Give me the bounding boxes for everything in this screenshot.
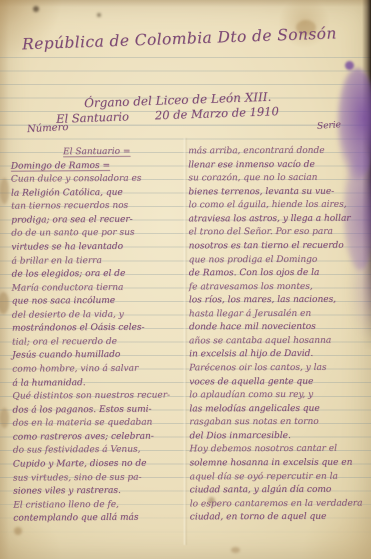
foxing-spot xyxy=(97,13,101,17)
foxing-spot xyxy=(0,408,9,428)
manuscript-line: Hoy debemos nosotros cantar el xyxy=(189,443,370,457)
manuscript-line: años se cantaba aquel hosanna xyxy=(189,334,370,348)
manuscript-line: nosotros es tan tierno el recuerdo xyxy=(189,240,370,254)
right-column-lines: más arriba, encontrará dondellenar ese i… xyxy=(188,145,371,526)
manuscript-line: Jesús cuando humillado xyxy=(12,349,184,364)
header-country-line: República de Colombia Dto de Sonsón xyxy=(22,25,327,54)
header-series-label: Serie xyxy=(317,120,342,132)
foxing-spot xyxy=(231,547,240,553)
manuscript-line: el trono del Señor. Por eso para xyxy=(189,226,370,240)
left-column: El Santuario = Domingo de Ramos = Cuan d… xyxy=(11,145,186,526)
manuscript-line: como hombre, vino á salvar xyxy=(12,362,184,377)
manuscript-line: dos en la materia se quedaban xyxy=(13,417,185,432)
header-date: 20 de Marzo de 1910 xyxy=(155,104,279,122)
manuscript-line: más arriba, encontrará donde xyxy=(188,145,369,159)
manuscript-line: do de un santo que por sus xyxy=(11,227,183,242)
column-subtitle: Domingo de Ramos = xyxy=(11,159,183,174)
manuscript-line: la Religión Católica, que xyxy=(11,186,183,201)
manuscript-line: ciudad, en torno de aquel que xyxy=(190,511,371,525)
manuscript-line: voces de aquella gente que xyxy=(189,375,370,389)
ink-stain-dot xyxy=(345,61,354,70)
manuscript-line: solemne hosanna in excelsis que en xyxy=(190,457,371,471)
manuscript-line: hasta llegar á Jerusalén en xyxy=(189,307,370,321)
manuscript-line: El cristiano lleno de fe, xyxy=(13,498,185,513)
manuscript-line: de los elegidos; ora el de xyxy=(12,267,184,282)
manuscript-line: los ríos, los mares, las naciones, xyxy=(189,294,370,308)
manuscript-line: do sus festividades á Venus, xyxy=(13,444,185,459)
column-title: El Santuario = xyxy=(11,145,183,160)
manuscript-line: lo espero cantaremos en la verdadera xyxy=(190,497,371,511)
left-column-lines: Cuan dulce y consoladora esla Religión C… xyxy=(11,173,185,527)
manuscript-line: fe atravesamos los montes, xyxy=(189,280,370,294)
manuscript-line: Cuan dulce y consoladora es xyxy=(11,173,183,188)
manuscript-line: atraviesa los astros, y llega a hollar xyxy=(188,212,369,226)
manuscript-line: que nos prodiga el Domingo xyxy=(189,253,370,267)
right-column: más arriba, encontrará dondellenar ese i… xyxy=(188,145,371,526)
manuscript-line: de Ramos. Con los ojos de la xyxy=(189,267,370,281)
manuscript-line: á brillar en la tierra xyxy=(11,254,183,269)
manuscript-line: aquel día se oyó repercutir en la xyxy=(190,470,371,484)
manuscript-line: donde hace mil novecientos xyxy=(189,321,370,335)
manuscript-line: bienes terrenos, levanta su vue- xyxy=(188,185,369,199)
manuscript-line: Parécenos oir los cantos, y las xyxy=(189,362,370,376)
foxing-spot xyxy=(0,178,9,204)
manuscript-line: prodiga; ora sea el recuer- xyxy=(11,213,183,228)
manuscript-line: que nos saca incólume xyxy=(12,295,184,310)
manuscript-line: como rastreros aves; celebran- xyxy=(13,430,185,445)
manuscript-line: Qué distintos son nuestros recuer- xyxy=(12,390,184,405)
manuscript-line: in excelsis al hijo de David. xyxy=(189,348,370,362)
manuscript-line: tan tiernos recuerdos nos xyxy=(11,200,183,215)
manuscript-line: su corazón, que no lo sacian xyxy=(188,172,369,186)
manuscript-line: María conductora tierna xyxy=(12,281,184,296)
manuscript-line: las melodías angelicales que xyxy=(189,402,370,416)
manuscript-line: ciudad santa, y algún día como xyxy=(190,484,371,498)
manuscript-line: dos á los paganos. Estos sumi- xyxy=(12,403,184,418)
manuscript-line: rasgaban sus notas en torno xyxy=(189,416,370,430)
manuscript-line: á la humanidad. xyxy=(12,376,184,391)
manuscript-page: República de Colombia Dto de Sonsón Órga… xyxy=(0,0,371,559)
manuscript-line: lo como el águila, hiende los aires, xyxy=(188,199,369,213)
manuscript-line: contemplando que allá más xyxy=(13,512,185,527)
manuscript-line: lo aplaudían como su rey, y xyxy=(189,389,370,403)
manuscript-line: siones viles y rastreras. xyxy=(13,484,185,499)
foxing-spot xyxy=(0,292,9,314)
manuscript-line: virtudes se ha levantado xyxy=(11,240,183,255)
foxing-spot xyxy=(33,6,39,12)
manuscript-line: llenar ese inmenso vacío de xyxy=(188,158,369,172)
header-number-label: Número xyxy=(27,122,69,135)
manuscript-line: mostrándonos el Oásis celes- xyxy=(12,322,184,337)
manuscript-line: del desierto de la vida, y xyxy=(12,308,184,323)
manuscript-line: tial; ora el recuerdo de xyxy=(12,335,184,350)
foxing-spot xyxy=(14,527,22,535)
manuscript-line: sus virtudes, sino de sus pa- xyxy=(13,471,185,486)
manuscript-line: del Dios inmarcesible. xyxy=(189,429,370,443)
manuscript-line: Cupido y Marte, dioses no de xyxy=(13,457,185,472)
